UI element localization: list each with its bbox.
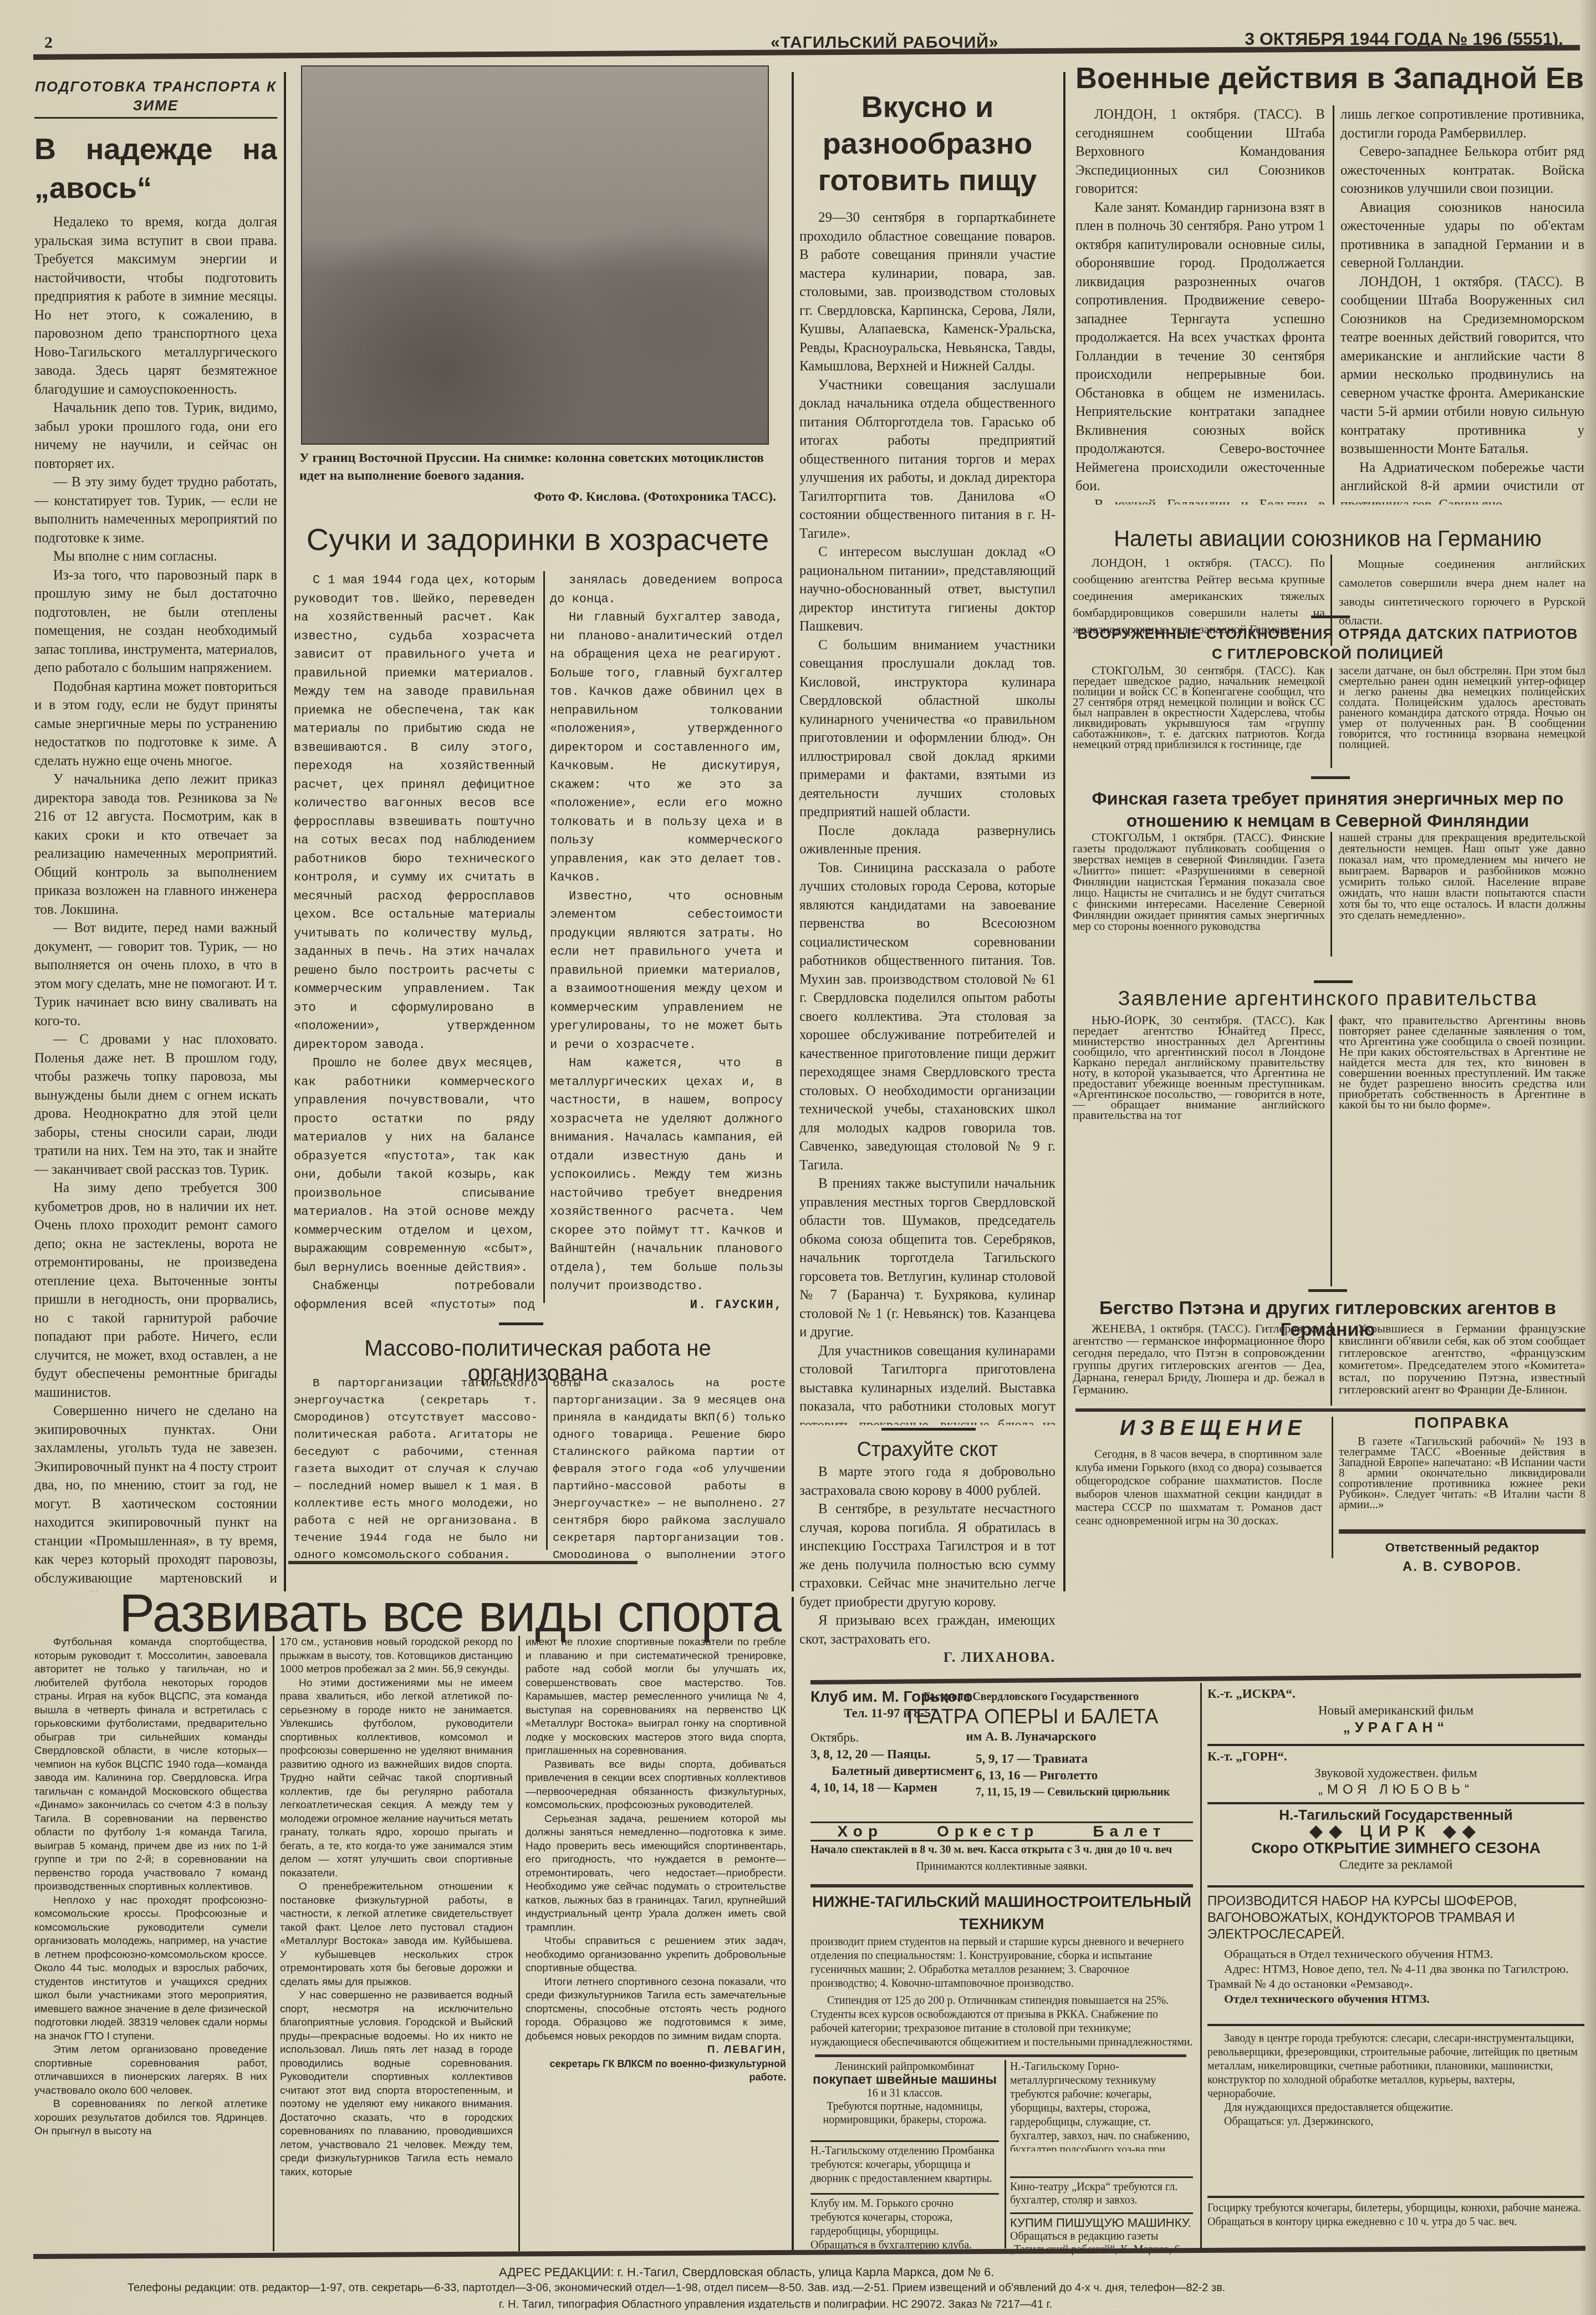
newspaper-page: 2 «ТАГИЛЬСКИЙ РАБОЧИЙ» 3 ОКТЯБРЯ 1944 ГО… <box>0 0 1596 2315</box>
cinema-line: Новый американский фильм <box>1207 1702 1584 1719</box>
ad-signature: Отдел технического обучения НТМЗ. <box>1207 1991 1584 2006</box>
article-petain-col1: ЖЕНЕВА, 1 октября. (ТАСС). Гитлеровское … <box>1073 1322 1325 1411</box>
article-title: ВООРУЖЕННЫЕ СТОЛКНОВЕНИЯ ОТРЯДА ДАТСКИХ … <box>1070 624 1585 664</box>
film-title: „УРАГАН“ <box>1207 1719 1584 1736</box>
ad-text: Обращаться в Отдел технического обучения… <box>1207 1946 1584 1961</box>
article-avos: ПОДГОТОВКА ТРАНСПОРТА К ЗИМЕ В надежде н… <box>34 78 277 1591</box>
separator <box>881 1428 976 1431</box>
paragraph: Тов. Синицина рассказала о работе лучших… <box>799 859 1055 1175</box>
paragraph: Нам кажется, что в металлургических цеха… <box>550 1054 783 1296</box>
article-signature: И. ГАУСКИН, <box>550 1296 783 1315</box>
paragraph: Ни главный бухгалтер завода, ни планово-… <box>550 608 783 887</box>
paragraph: У нас совершенно не развивается водный с… <box>280 1989 513 2179</box>
ad-text: Для нуждающихся предоставляется общежити… <box>1207 2101 1584 2115</box>
column-divider <box>1333 105 1334 505</box>
article-khozraschet-col1: С 1 мая 1944 года цех, которым руководит… <box>294 571 535 1314</box>
article-khozraschet-col2: занялась доведением вопроса до конца. Ни… <box>550 571 783 1314</box>
ad-goscirk-jobs: Госцирку требуются кочегары, билетеры, у… <box>1207 2196 1584 2254</box>
paragraph: 29—30 сентября в горпарткабинете проходи… <box>799 208 1055 376</box>
column-divider <box>1330 1322 1332 1406</box>
photo-caption: У границ Восточной Пруссии. На снимке: к… <box>299 449 776 485</box>
paragraph: С большим вниманием участники совещания … <box>799 636 1055 822</box>
separator <box>815 2054 1186 2057</box>
paragraph: В соревнованиях по легкой атлетике хорош… <box>34 2098 267 2139</box>
paragraph: С интересом выслушан доклад «О рациональ… <box>799 543 1055 636</box>
column-divider <box>1004 2060 1006 2248</box>
paragraph: В сентябре, в результате несчастного слу… <box>799 1500 1055 1611</box>
schedule-show: — Травиата <box>1017 1752 1088 1765</box>
ad-title: ПРОИЗВОДИТСЯ НАБОР НА КУРСЫ ШОФЕРОВ, ВАГ… <box>1207 1893 1584 1943</box>
ad-line: Ленинский райпромкомбинат <box>810 2060 999 2073</box>
ad-factory-jobs: Заводу в центре города требуются: слесар… <box>1207 2024 1584 2154</box>
notice: ИЗВЕЩЕНИЕ Сегодня, в 8 часов вечера, в с… <box>1075 1417 1322 1564</box>
paragraph: Стипендия от 125 до 200 р. Отличникам ст… <box>810 1994 1193 2049</box>
paragraph: Развивать все виды спорта, добиваться пр… <box>526 1758 786 1813</box>
article-petain-col2: Укрывшиеся в Германии французские квисли… <box>1339 1322 1585 1411</box>
paragraph: — Вот видите, перед нами важный документ… <box>34 919 277 1030</box>
article-title: Военные действия в Западной Европе <box>1075 61 1585 95</box>
ad-theatre-info: Хор Оркестр Балет Начало спектаклей в 8 … <box>810 1822 1193 1882</box>
article-argentina-col2: факт, что правительство Аргентины вновь … <box>1339 1015 1585 1289</box>
troupe-choir: Хор <box>837 1823 883 1840</box>
paragraph: Я призываю всех граждан, имеющих скот, з… <box>799 1611 1055 1649</box>
article-sport-col2: 170 см., установив новый городской рекор… <box>280 1636 513 2251</box>
paragraph: Мощные соединения английских самолетов с… <box>1339 554 1585 630</box>
diamond-icon: ◆◆ <box>1310 1822 1360 1840</box>
footer-phones: Телефоны редакции: отв. редактор—1-97, о… <box>128 2282 1580 2294</box>
paragraph: боты сказалось на росте парторганизации.… <box>553 1375 786 1558</box>
ad-text: Клубу им. М. Горького срочно требуются к… <box>810 2197 999 2238</box>
paragraph: — В эту зиму будет трудно работать, — ко… <box>34 473 277 547</box>
paragraph: ЛОНДОН, 1 октября. (ТАСС). В сообщении Ш… <box>1340 273 1584 459</box>
circus-line: Следите за рекламой <box>1207 1856 1584 1873</box>
paragraph: — С дровами у нас плоховато. Поленья даж… <box>34 1030 277 1179</box>
ad-text: Адрес: НТМЗ, Новое депо, тел. № 4-11 два… <box>1207 1961 1584 1991</box>
ad-line: 16 и 31 классов. <box>810 2087 999 2100</box>
schedule-dates: 7, 11, 15, 19 <box>976 1786 1031 1798</box>
theatre-name: ТЕАТРА ОПЕРЫ и БАЛЕТА <box>881 1705 1181 1728</box>
signature-role: секретарь ГК ВЛКСМ по военно-физкультурн… <box>526 2057 786 2084</box>
correction-title: ПОПРАВКА <box>1339 1414 1585 1432</box>
cinema-line: Звуковой художествен. фильм <box>1207 1765 1584 1782</box>
schedule-dates: 6, 13, 16 <box>976 1768 1021 1782</box>
ad-gornomet: Н.-Тагильскому Горно-металлургическому т… <box>1010 2060 1193 2151</box>
column-divider <box>1330 668 1332 768</box>
ad-prombank: Н.-Тагильскому отделению Промбанка требу… <box>810 2140 999 2189</box>
diamond-icon: ◆◆ <box>1432 1822 1482 1840</box>
article-sport-col3: имеют не плохие спортивные показатели по… <box>526 1636 786 2251</box>
schedule-dates: 4, 10, 14, 18 <box>810 1780 874 1794</box>
separator <box>1308 1289 1347 1292</box>
separator <box>499 1322 543 1325</box>
article-title: Заявление аргентинского правительства <box>1070 987 1585 1010</box>
correction: ПОПРАВКА В газете «Тагильский рабочий» №… <box>1339 1414 1585 1575</box>
ad-text: Н.-Тагильскому отделению Промбанка требу… <box>810 2144 999 2186</box>
paragraph: Недалеко то время, когда долгая уральска… <box>34 213 277 399</box>
article-title: Вкусно и разнообразно готовить пищу <box>799 89 1055 199</box>
paragraph: Северо-западнее Белькора отбит ряд ожест… <box>1340 143 1584 199</box>
paragraph: нашей страны для прекращения вредительск… <box>1339 832 1585 920</box>
ad-tram-courses: ПРОИЗВОДИТСЯ НАБОР НА КУРСЫ ШОФЕРОВ, ВАГ… <box>1207 1885 1584 2026</box>
notice-text: Сегодня, в 8 часов вечера, в спортивном … <box>1075 1447 1322 1527</box>
paragraph: факт, что правительство Аргентины вновь … <box>1339 1015 1585 1110</box>
paragraph: С 1 мая 1944 года цех, которым руководит… <box>294 571 535 1054</box>
article-signature: Г. ЛИХАНОВА. <box>799 1649 1055 1667</box>
theatre-info-2: Принимаются коллективные заявки. <box>810 1858 1193 1875</box>
ad-text: Н.-Тагильскому Горно-металлургическому т… <box>1010 2060 1193 2151</box>
paragraph: Но этими достижениями мы не имеем права … <box>280 1677 513 1881</box>
schedule-dates: 5, 9, 17 <box>976 1752 1014 1765</box>
paragraph: Прошло не более двух месяцев, как работн… <box>294 1054 535 1277</box>
troupe-orchestra: Оркестр <box>937 1823 1039 1840</box>
page-number: 2 <box>44 33 53 52</box>
troupe-ballet: Балет <box>1093 1823 1166 1840</box>
paragraph: Футбольная команда спортобщества, которы… <box>34 1636 267 1894</box>
notice-title: ИЗВЕЩЕНИЕ <box>1075 1417 1322 1441</box>
ad-technikum: НИЖНЕ-ТАГИЛЬСКИЙ МАШИНОСТРОИТЕЛЬНЫЙ ТЕХН… <box>810 1891 1193 2057</box>
article-title: Налеты авиации союзников на Германию <box>1070 527 1585 552</box>
schedule-dates: 3, 8, 12, 20 <box>810 1747 868 1761</box>
ad-club-srochno: Клубу им. М. Горького срочно требуются к… <box>810 2193 999 2252</box>
article-title: Финская газета требует принятия энергичн… <box>1070 787 1585 832</box>
article-danish-col1: СТОКГОЛЬМ, 30 сентября. (ТАСС). Как пере… <box>1073 665 1325 771</box>
ad-line: покупает швейные машины <box>810 2073 999 2087</box>
film-title: „МОЯ ЛЮБОВЬ“ <box>1207 1782 1584 1798</box>
separator <box>1314 980 1353 983</box>
column-divider <box>1063 72 1065 1591</box>
paragraph: Снабженцы потребовали оформления всей «п… <box>294 1277 535 1314</box>
column-divider <box>546 1378 548 1550</box>
column-divider <box>273 1636 274 2251</box>
paragraph: Серьезная задача, решением которой мы до… <box>526 1813 786 1935</box>
column-divider <box>543 571 545 1303</box>
article-title: Развивать все виды спорта <box>119 1583 781 1644</box>
paragraph: Укрывшиеся в Германии французские квисли… <box>1339 1322 1585 1396</box>
ad-line: Требуются портные, надомницы, нормировщи… <box>810 2100 999 2126</box>
article-finland-col2: нашей страны для прекращения вредительск… <box>1339 832 1585 962</box>
article-pishcha: Вкусно и разнообразно готовить пищу 29—3… <box>799 78 1055 1425</box>
paragraph: Совершенно ничего не сделано на экипиров… <box>34 1402 277 1591</box>
paragraph: СТОКГОЛЬМ, 1 октября. (ТАСС). Финские га… <box>1073 832 1325 932</box>
paragraph: Из-за того, что паровозный парк в прошлу… <box>34 566 277 678</box>
page-fold-shadow <box>1579 0 1596 2315</box>
paragraph: Для участников совещания кулинарами стол… <box>799 1342 1055 1426</box>
column-divider <box>792 72 794 1591</box>
paragraph: На зиму депо требуется 300 кубометров др… <box>34 1179 277 1402</box>
column-divider <box>1330 832 1332 956</box>
article-skot: Страхуйте скот В марте этого года я добр… <box>799 1436 1055 1675</box>
ad-kino-gorn: К.-т. „ГОРН“. Звуковой художествен. филь… <box>1207 1744 1584 1804</box>
paragraph: В прениях также выступили начальник упра… <box>799 1174 1055 1342</box>
column-divider <box>1330 1015 1332 1286</box>
footer-printer: г. Н. Тагил, типография Областного управ… <box>499 2298 1580 2311</box>
footer-address: АДРЕС РЕДАКЦИИ: г. Н.-Тагил, Свердловска… <box>499 2265 1580 2280</box>
column-divider <box>284 72 286 1591</box>
ad-theatre: Гастроли Свердловского Государственного … <box>881 1688 1181 1833</box>
paragraph: ЖЕНЕВА, 1 октября. (ТАСС). Гитлеровское … <box>1073 1322 1325 1396</box>
editor-name: А. В. СУВОРОВ. <box>1339 1559 1585 1575</box>
paragraph: Итоги летнего спортивного сезона показал… <box>526 1976 786 2044</box>
paragraph: Этим летом организовано проведение спорт… <box>34 2043 267 2098</box>
paragraph: В парторганизации тагильского энергоучас… <box>294 1375 538 1558</box>
paragraph: Мы вполне с ним согласны. <box>34 547 277 566</box>
correction-text: В газете «Тагильский рабочий» № 193 в те… <box>1339 1436 1585 1510</box>
editor-label: Ответственный редактор <box>1339 1540 1585 1555</box>
article-kicker: ПОДГОТОВКА ТРАНСПОРТА К ЗИМЕ <box>34 78 277 119</box>
ad-text: Госцирку требуются кочегары, билетеры, у… <box>1207 2201 1584 2229</box>
column-divider <box>792 1597 794 2251</box>
article-title: В надежде на „авось“ <box>34 130 277 207</box>
article-argentina-col1: НЬЮ-ЙОРК, 30 сентября. (ТАСС). Как перед… <box>1073 1015 1325 1289</box>
theatre-sub: им А. В. Луначарского <box>881 1728 1181 1745</box>
paragraph: Подобная картина может повториться и в э… <box>34 678 277 771</box>
circus-line: Н.-Тагильский Государственный <box>1207 1807 1584 1823</box>
paragraph: ЛОНДОН, 1 октября. (ТАСС). В сегодняшнем… <box>1075 105 1325 199</box>
separator <box>1339 1529 1585 1534</box>
paragraph: Авиация союзников наносила ожесточенные … <box>1340 199 1584 273</box>
column-divider <box>1200 1683 1202 2251</box>
paragraph: У начальника депо лежит приказ директора… <box>34 770 277 919</box>
separator <box>1311 776 1350 779</box>
paragraph: лишь легкое сопротивление противника, до… <box>1340 105 1584 143</box>
ad-text: Заводу в центре города требуются: слесар… <box>1207 2032 1584 2101</box>
separator <box>810 1673 1581 1685</box>
paragraph: Известно, что основным элементом себесто… <box>550 887 783 1055</box>
paragraph: Начальник депо тов. Турик, видимо, забыл… <box>34 399 277 473</box>
article-west-europe-col1: ЛОНДОН, 1 октября. (ТАСС). В сегодняшнем… <box>1075 105 1325 505</box>
column-divider <box>518 1636 520 2251</box>
column-divider <box>1332 1417 1333 1558</box>
paragraph: Чтобы справиться с решением этих задач, … <box>526 1935 786 1976</box>
paragraph: засели датчане, он был обстрелян. При эт… <box>1339 665 1585 750</box>
article-west-europe-col2: лишь легкое сопротивление противника, до… <box>1340 105 1584 505</box>
article-signature: П. ЛЕВАГИН, <box>526 2043 786 2057</box>
separator <box>288 1561 638 1564</box>
paragraph: После доклада развернулись оживленные пр… <box>799 822 1055 859</box>
article-massovo-col1: В парторганизации тагильского энергоучас… <box>294 1375 538 1558</box>
paragraph: Участники совещания заслушали доклад нач… <box>799 376 1055 543</box>
ad-title: КУПИМ ПИШУЩУЮ МАШИНКУ. <box>1010 2216 1193 2230</box>
paragraph: Кале занят. Командир гарнизона взят в пл… <box>1075 199 1325 496</box>
theatre-info: Начало спектаклей в 8 ч. 30 м. веч. Касс… <box>810 1841 1193 1858</box>
ad-text: Кино-театру „Искра“ требуются гл. бухгал… <box>1010 2180 1193 2207</box>
schedule-show: — Севильский цирюльник <box>1033 1786 1170 1798</box>
cinema-name: К.-т. „ИСКРА“. <box>1207 1686 1584 1702</box>
ad-iskra-jobs: Кино-театру „Искра“ требуются гл. бухгал… <box>1010 2176 1193 2208</box>
paragraph: Неплохо у нас проходят профсоюзно-комсом… <box>34 1894 267 2044</box>
photo-credit: Фото Ф. Кислова. (Фотохроника ТАСС). <box>499 488 776 506</box>
separator <box>810 1884 1193 1887</box>
article-title: Страхуйте скот <box>799 1436 1055 1463</box>
ad-contact: Обращаться: ул. Дзержинского, <box>1207 2115 1584 2129</box>
paragraph: занялась доведением вопроса до конца. <box>550 571 783 608</box>
ad-kino-iskra: К.-т. „ИСКРА“. Новый американский фильм … <box>1207 1686 1584 1741</box>
ad-circus: Н.-Тагильский Государственный ◆◆ ЦИРК ◆◆… <box>1207 1802 1584 1879</box>
article-danish-col2: засели датчане, он был обстрелян. При эт… <box>1339 665 1585 771</box>
separator <box>1075 1408 1585 1412</box>
article-finland-col1: СТОКГОЛЬМ, 1 октября. (ТАСС). Финские га… <box>1073 832 1325 962</box>
paragraph: НЬЮ-ЙОРК, 30 сентября. (ТАСС). Как перед… <box>1073 1015 1325 1120</box>
paragraph: СТОКГОЛЬМ, 30 сентября. (ТАСС). Как пере… <box>1073 665 1325 750</box>
article-massovo-col2: боты сказалось на росте парторганизации.… <box>553 1375 786 1558</box>
paragraph: В южной Голландии и Бельгии в районе гер… <box>1075 496 1325 505</box>
separator <box>1311 615 1350 618</box>
schedule-show: — Риголетто <box>1023 1768 1098 1782</box>
paragraph: 170 см., установив новый городской рекор… <box>280 1636 513 1677</box>
circus-line: Скоро ОТКРЫТИЕ ЗИМНЕГО СЕЗОНА <box>1207 1840 1584 1856</box>
ad-raipromkombinat: Ленинский райпромкомбинат покупает швейн… <box>810 2060 999 2126</box>
cinema-name: К.-т. „ГОРН“. <box>1207 1748 1584 1765</box>
paragraph: В марте этого года я добровольно застрах… <box>799 1463 1055 1500</box>
theatre-pre: Гастроли Свердловского Государственного <box>881 1688 1181 1705</box>
paragraph: производит прием студентов на первый и с… <box>810 1935 1193 1991</box>
article-sport-col1: Футбольная команда спортобщества, которы… <box>34 1636 267 2251</box>
photo-motorcyclists <box>301 65 769 445</box>
paragraph: На Адриатическом побережье части английс… <box>1340 459 1584 505</box>
article-title: Сучки и задоринки в хозрасчете <box>294 521 782 557</box>
paragraph: О пренебрежительном отношении к постанов… <box>280 1880 513 1989</box>
paragraph: имеют не плохие спортивные показатели по… <box>526 1636 786 1758</box>
circus-title: ЦИРК <box>1360 1822 1432 1840</box>
technikum-title: НИЖНЕ-ТАГИЛЬСКИЙ МАШИНОСТРОИТЕЛЬНЫЙ ТЕХН… <box>810 1891 1193 1935</box>
